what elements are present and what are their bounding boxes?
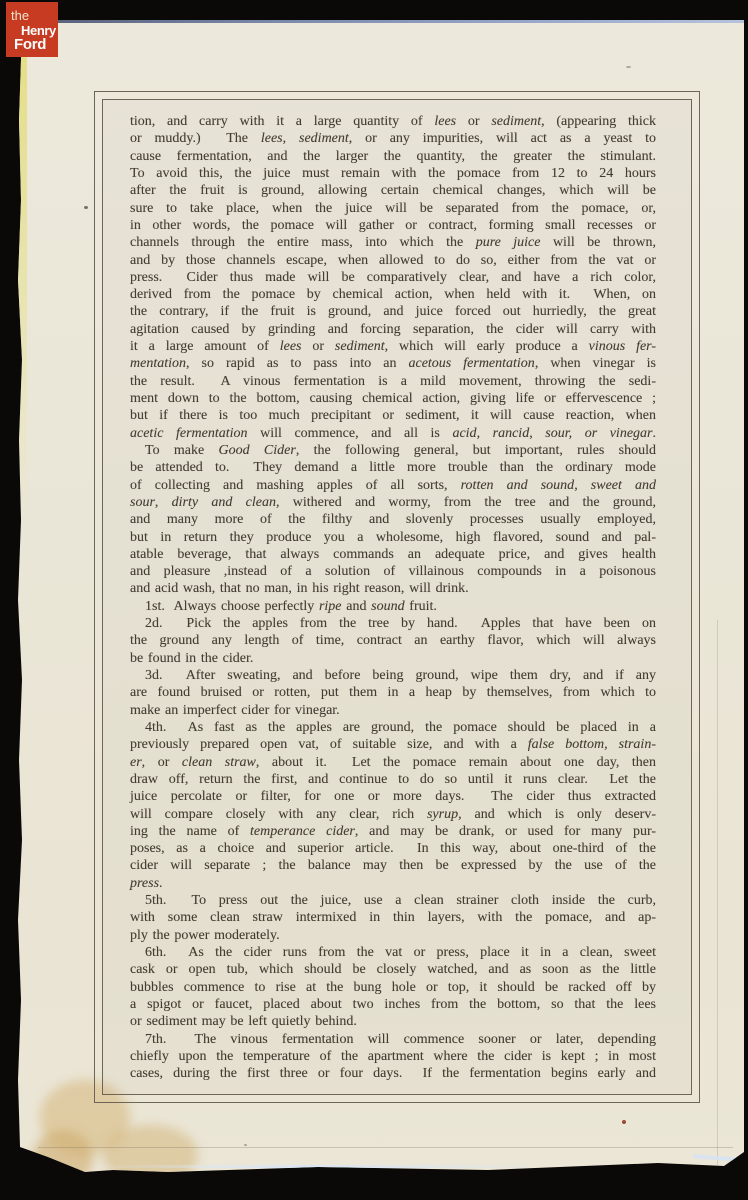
horizontal-crease (38, 1147, 733, 1148)
text-segment: be attended to. They demand a little mor… (130, 460, 656, 475)
text-segment: , (155, 495, 172, 510)
text-segment: chiefly upon the temperature of the apar… (130, 1049, 656, 1064)
text-segment: ing the name of (130, 824, 250, 839)
paper-stain (33, 1130, 93, 1185)
text-line: 7th. The vinous fermentation will commen… (130, 1031, 656, 1048)
logo-text-ford: Ford (14, 36, 46, 53)
text-segment: but if there is too much precipitant or … (130, 408, 656, 423)
vertical-crease (717, 620, 718, 1165)
text-segment: agitation caused by grinding and forcing… (130, 322, 656, 337)
text-segment: 7th. The vinous fermentation will commen… (145, 1032, 656, 1047)
text-segment: make an imperfect cider for vinegar. (130, 703, 340, 718)
text-line: the contrary, if the fruit is ground, an… (130, 303, 656, 320)
text-line: 5th. To press out the juice, use a clean… (130, 892, 656, 909)
text-line: cask or open tub, which should be closel… (130, 961, 656, 978)
text-segment: and by those channels escape, when allow… (130, 253, 656, 268)
text-segment: poses, as a choice and superior article.… (130, 841, 656, 856)
text-line: bubbles commence to rise at the bung hol… (130, 979, 656, 996)
text-segment: after the fruit is ground, allowing cert… (130, 183, 656, 198)
italic-text-segment: lees (280, 339, 302, 354)
text-segment: atable beverage, that always commands an… (130, 547, 656, 562)
text-line: er, or clean straw, about it. Let the po… (130, 754, 656, 771)
text-segment: press. Cider thus made will be comparati… (130, 270, 656, 285)
text-line: press. Cider thus made will be comparati… (130, 269, 656, 286)
text-line: press. (130, 875, 656, 892)
text-line: and many more of the filthy and slovenly… (130, 511, 656, 528)
text-line: and pleasure ,instead of a solution of v… (130, 563, 656, 580)
text-line: and acid wash, that no man, in his right… (130, 580, 656, 597)
text-segment: the ground any length of time, contract … (130, 633, 656, 648)
text-line: the ground any length of time, contract … (130, 632, 656, 649)
text-line: cider will separate ; the balance may th… (130, 857, 656, 874)
text-segment: a spigot or faucet, placed about two inc… (130, 997, 656, 1012)
text-segment: 3d. After sweating, and before being gro… (145, 668, 656, 683)
scanned-page-paper: tion, and carry with it a large quantity… (18, 20, 744, 1180)
text-segment: , the following general, but important, … (296, 443, 656, 458)
text-segment: bubbles commence to rise at the bung hol… (130, 980, 656, 995)
text-line: sure to take place, when the juice will … (130, 200, 656, 217)
text-segment: juice percolate or filter, for one or mo… (130, 789, 656, 804)
text-segment: ment down to the bottom, causing chemica… (130, 391, 656, 406)
italic-text-segment: syrup (427, 807, 458, 822)
text-line: draw off, return the first, and continue… (130, 771, 656, 788)
text-line: 6th. As the cider runs from the vat or p… (130, 944, 656, 961)
bottom-edge-highlight (88, 1165, 528, 1168)
document-text: tion, and carry with it a large quantity… (130, 113, 656, 1083)
henry-ford-logo: the Henry Ford (6, 2, 58, 57)
text-line: are found bruised or rotten, put them in… (130, 684, 656, 701)
text-segment: , and which is only deserv- (458, 807, 656, 822)
page-top-edge-highlight (18, 20, 744, 23)
text-line: 4th. As fast as the apples are ground, t… (130, 719, 656, 736)
text-line: atable beverage, that always commands an… (130, 546, 656, 563)
text-segment: ply the power moderately. (130, 928, 280, 943)
text-segment: cask or open tub, which should be closel… (130, 962, 656, 977)
text-segment: will commence, and all is (248, 426, 453, 441)
text-line: make an imperfect cider for vinegar. (130, 702, 656, 719)
italic-text-segment: sour, or vinegar (545, 426, 652, 441)
text-segment: tion, and carry with it a large quantity… (130, 114, 434, 129)
italic-text-segment: er (130, 755, 142, 770)
text-line: and by those channels escape, when allow… (130, 252, 656, 269)
text-segment: cider will separate ; the balance may th… (130, 858, 656, 873)
text-segment: and (342, 599, 372, 614)
text-line: To make Good Cider, the following genera… (130, 442, 656, 459)
text-line: agitation caused by grinding and forcing… (130, 321, 656, 338)
text-line: sour, dirty and clean, withered and worm… (130, 494, 656, 511)
text-segment: , (appearing thick (541, 114, 656, 129)
text-line: with some clean straw intermixed in thin… (130, 909, 656, 926)
text-line: ment down to the bottom, causing chemica… (130, 390, 656, 407)
text-segment: , so rapid as to pass into an (186, 356, 408, 371)
italic-text-segment: lees (434, 114, 456, 129)
text-segment: 5th. To press out the juice, use a clean… (145, 893, 656, 908)
italic-text-segment: rotten and sound (461, 478, 575, 493)
text-segment: the contrary, if the fruit is ground, an… (130, 304, 656, 319)
text-segment: it a large amount of (130, 339, 280, 354)
italic-text-segment: sound (371, 599, 404, 614)
text-segment: , (574, 478, 591, 493)
text-line: will compare closely with any clear, ric… (130, 806, 656, 823)
text-segment: , (529, 426, 545, 441)
text-segment: 1st. Always choose perfectly (145, 599, 319, 614)
text-line: cause fermentation, and the larger the q… (130, 148, 656, 165)
italic-text-segment: press (130, 876, 159, 891)
text-line: 2d. Pick the apples from the tree by han… (130, 615, 656, 632)
text-line: be found in the cider. (130, 650, 656, 667)
text-segment: will be thrown, (541, 235, 657, 250)
text-line: juice percolate or filter, for one or mo… (130, 788, 656, 805)
binding-edge-strip (18, 34, 27, 514)
text-segment: are found bruised or rotten, put them in… (130, 685, 656, 700)
italic-text-segment: sediment (335, 339, 385, 354)
text-segment: the result. A vinous fermentation is a m… (130, 374, 656, 389)
italic-text-segment: sour (130, 495, 155, 510)
text-segment: but in return they produce you a wholeso… (130, 530, 656, 545)
text-segment: 2d. Pick the apples from the tree by han… (145, 616, 656, 631)
text-segment: derived from the pomace by chemical acti… (130, 287, 656, 302)
paper-speck (244, 1144, 247, 1146)
text-line: tion, and carry with it a large quantity… (130, 113, 656, 130)
text-line: or muddy.) The lees, sediment, or any im… (130, 130, 656, 147)
text-segment: channels through the entire mass, into w… (130, 235, 476, 250)
italic-text-segment: acid (452, 426, 476, 441)
italic-text-segment: dirty and clean (172, 495, 276, 510)
text-segment: or sediment may be left quietly behind. (130, 1014, 357, 1029)
text-segment: , which will early produce a (385, 339, 589, 354)
italic-text-segment: clean straw (182, 755, 256, 770)
text-segment: draw off, return the first, and continue… (130, 772, 656, 787)
text-segment: 4th. As fast as the apples are ground, t… (145, 720, 656, 735)
text-segment: be found in the cider. (130, 651, 253, 666)
text-segment: , or any impurities, will act as a yeast… (349, 131, 656, 146)
italic-text-segment: false bottom, strain- (528, 737, 656, 752)
text-segment: cases, during the first three or four da… (130, 1066, 656, 1081)
text-line: derived from the pomace by chemical acti… (130, 286, 656, 303)
italic-text-segment: pure juice (476, 235, 541, 250)
text-line: channels through the entire mass, into w… (130, 234, 656, 251)
text-segment: , and may be drank, or used for many pur… (355, 824, 656, 839)
text-segment: . (653, 426, 657, 441)
italic-text-segment: temperance cider (250, 824, 355, 839)
text-segment: 6th. As the cider runs from the vat or p… (145, 945, 656, 960)
text-line: mentation, so rapid as to pass into an a… (130, 355, 656, 372)
text-segment: with some clean straw intermixed in thin… (130, 910, 656, 925)
red-ink-speck (622, 1120, 626, 1124)
italic-text-segment: mentation (130, 356, 186, 371)
text-line: 1st. Always choose perfectly ripe and so… (130, 598, 656, 615)
text-segment: or (456, 114, 491, 129)
text-segment: , or (142, 755, 182, 770)
text-segment: . (159, 876, 163, 891)
text-line: after the fruit is ground, allowing cert… (130, 182, 656, 199)
italic-text-segment: sediment (299, 131, 349, 146)
text-segment: and pleasure ,instead of a solution of v… (130, 564, 656, 579)
text-line: or sediment may be left quietly behind. (130, 1013, 656, 1030)
text-segment: or (301, 339, 334, 354)
paper-stain (103, 1125, 198, 1185)
italic-text-segment: lees (261, 131, 283, 146)
logo-text-the: the (11, 8, 29, 23)
text-segment: in other words, the pomace will gather o… (130, 218, 656, 233)
text-segment: cause fermentation, and the larger the q… (130, 149, 656, 164)
italic-text-segment: sediment (491, 114, 541, 129)
italic-text-segment: rancid (493, 426, 530, 441)
text-segment: , about it. Let the pomace remain about … (256, 755, 656, 770)
text-line: a spigot or faucet, placed about two inc… (130, 996, 656, 1013)
text-segment: of collecting and mashing apples of all … (130, 478, 461, 493)
text-segment: or muddy.) The (130, 131, 261, 146)
text-line: 3d. After sweating, and before being gro… (130, 667, 656, 684)
italic-text-segment: sweet and (591, 478, 656, 493)
text-segment: , withered and wormy, from the tree and … (276, 495, 656, 510)
text-segment: and many more of the filthy and slovenly… (130, 512, 656, 527)
text-line: ing the name of temperance cider, and ma… (130, 823, 656, 840)
paper-speck (84, 206, 88, 209)
text-line: the result. A vinous fermentation is a m… (130, 373, 656, 390)
text-segment: sure to take place, when the juice will … (130, 201, 656, 216)
text-line: of collecting and mashing apples of all … (130, 477, 656, 494)
text-segment: and acid wash, that no man, in his right… (130, 581, 469, 596)
italic-text-segment: Good Cider (219, 443, 296, 458)
text-segment: To avoid this, the juice must remain wit… (130, 166, 656, 181)
text-line: chiefly upon the temperature of the apar… (130, 1048, 656, 1065)
italic-text-segment: ripe (319, 599, 342, 614)
text-line: but if there is too much precipitant or … (130, 407, 656, 424)
text-line: cases, during the first three or four da… (130, 1065, 656, 1082)
text-segment: previously prepared open vat, of suitabl… (130, 737, 528, 752)
text-segment: will compare closely with any clear, ric… (130, 807, 427, 822)
italic-text-segment: acetous fermentation (408, 356, 534, 371)
italic-text-segment: acetic fermentation (130, 426, 248, 441)
scan-background: { "meta": { "description_title": "Scanne… (0, 0, 748, 1200)
text-segment: , when vinegar is (535, 356, 656, 371)
text-line: acetic fermentation will commence, and a… (130, 425, 656, 442)
italic-text-segment: vinous fer- (589, 339, 656, 354)
text-line: To avoid this, the juice must remain wit… (130, 165, 656, 182)
text-segment: fruit. (405, 599, 437, 614)
text-segment: , (283, 131, 299, 146)
text-line: it a large amount of lees or sediment, w… (130, 338, 656, 355)
text-segment: To make (145, 443, 219, 458)
text-line: previously prepared open vat, of suitabl… (130, 736, 656, 753)
text-line: poses, as a choice and superior article.… (130, 840, 656, 857)
text-line: but in return they produce you a wholeso… (130, 529, 656, 546)
text-line: ply the power moderately. (130, 927, 656, 944)
text-line: in other words, the pomace will gather o… (130, 217, 656, 234)
text-line: be attended to. They demand a little mor… (130, 459, 656, 476)
paper-speck (626, 66, 631, 68)
text-segment: , (477, 426, 493, 441)
